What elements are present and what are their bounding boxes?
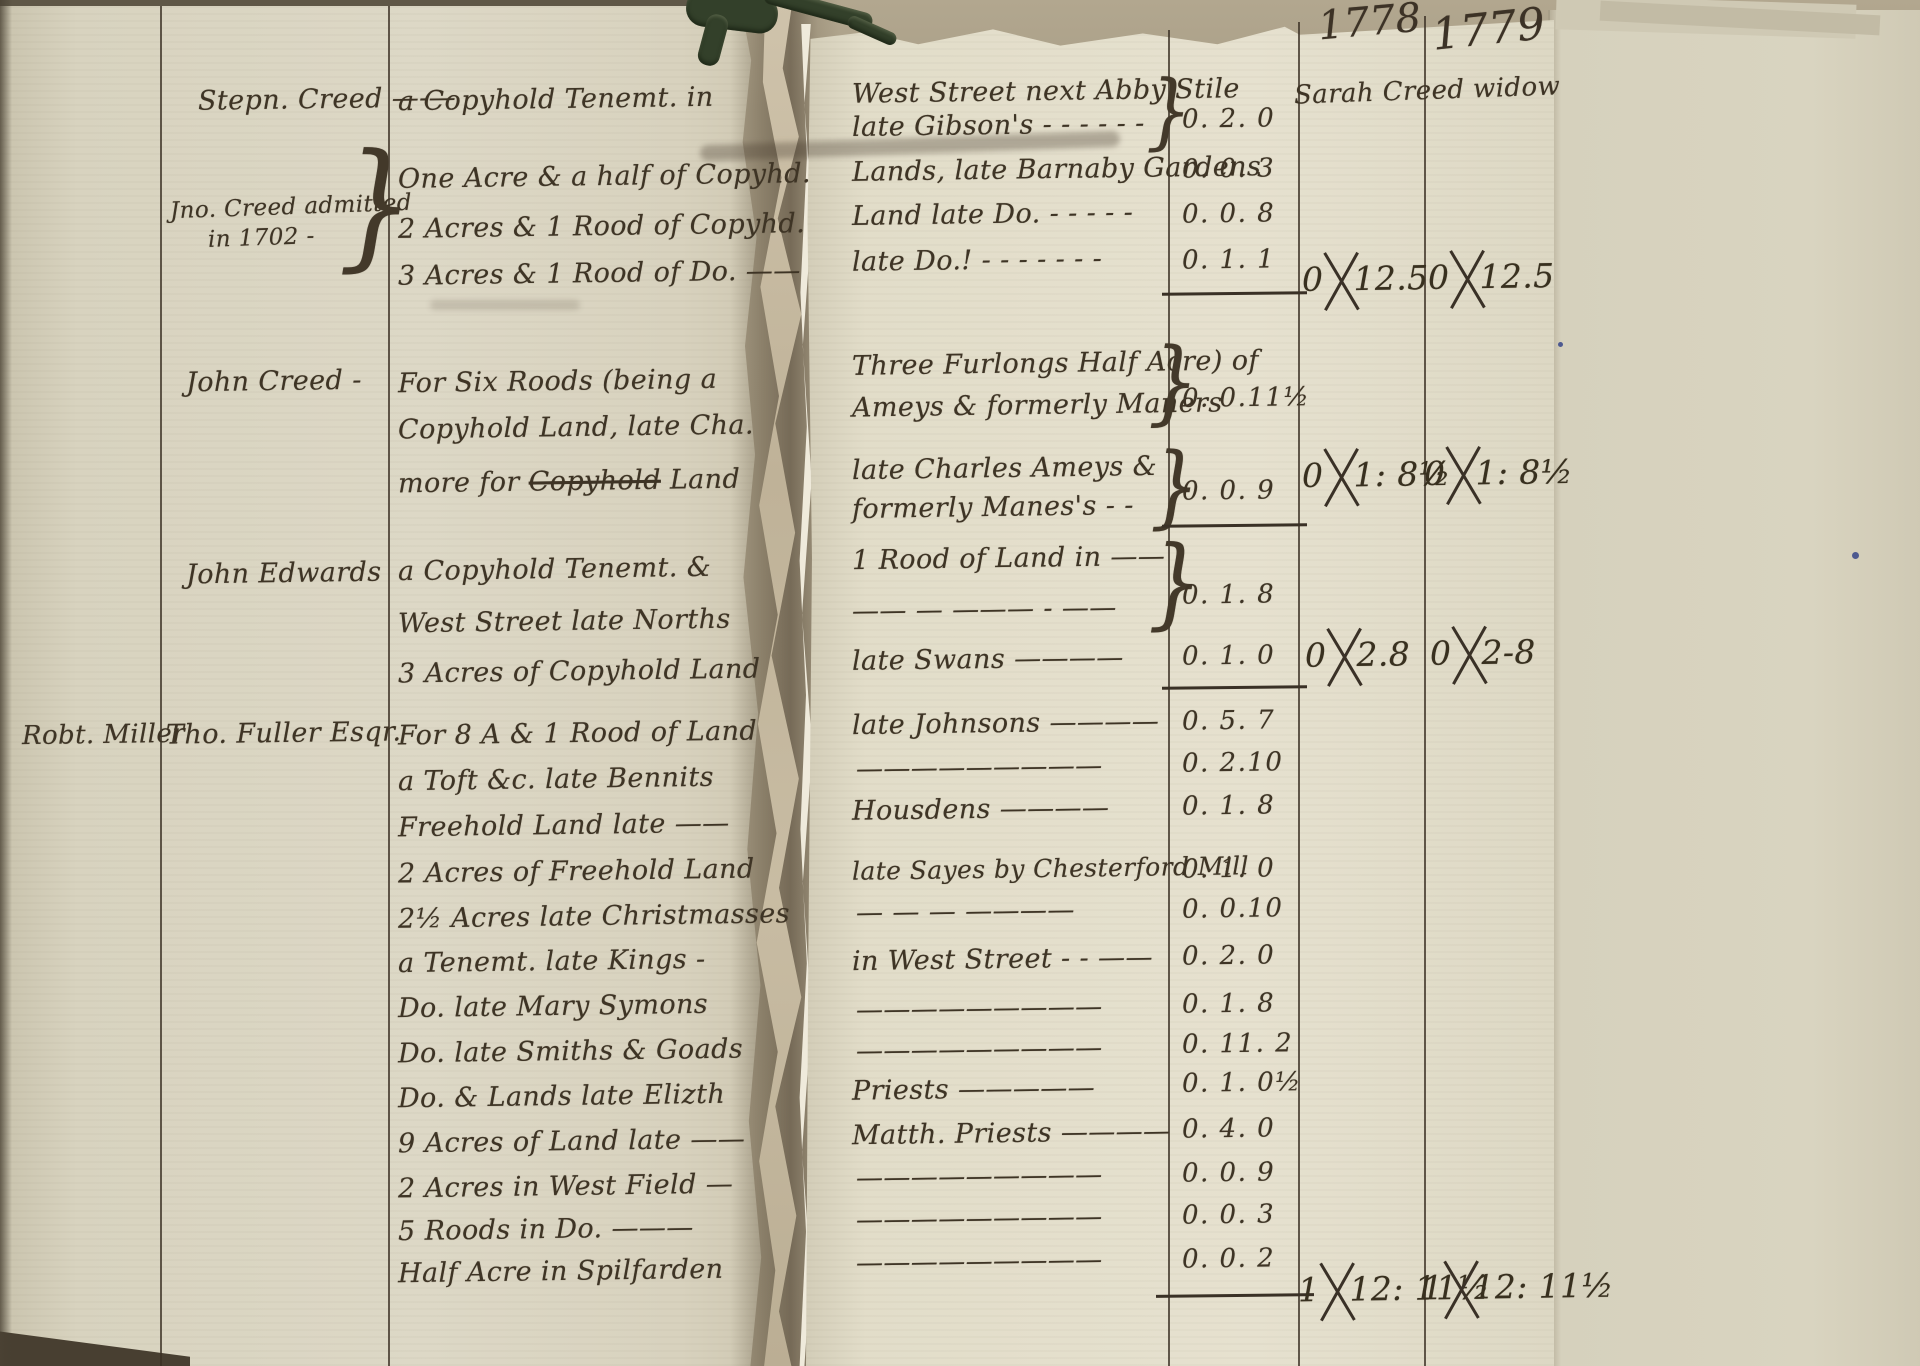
total-pre: 0 — [1305, 638, 1327, 671]
entry-label: late Swans ———— — [852, 644, 1124, 675]
entry-amount: 0. 11. 2 — [1182, 1030, 1294, 1058]
holding-desc: a Toft &c. late Bennits — [398, 764, 714, 795]
total-post: 2-8 — [1481, 635, 1536, 669]
holding-desc: West Street late Norths — [398, 606, 731, 638]
holding-desc: 3 Acres of Copyhold Land — [398, 655, 761, 687]
entry-amount: 0. 1. 8 — [1182, 990, 1276, 1017]
holding-desc: 2 Acres & 1 Rood of Copyhd. — [398, 210, 805, 243]
holding-desc: For Six Roods (being a — [398, 366, 717, 397]
entry-label: —— — ——— - —— — [852, 594, 1117, 625]
entry-label: — — — ———— — [856, 896, 1075, 926]
total-1779: 01: 8½ — [1424, 455, 1573, 490]
entry-amount: 0. 1. 0 — [1182, 855, 1276, 882]
ink-dot — [1558, 342, 1563, 347]
total-post: 12.5 — [1479, 259, 1555, 293]
ink-smudge — [430, 300, 580, 310]
struck-word: Copyhold — [528, 465, 661, 498]
total-1779: 112: 11½ — [1422, 1269, 1614, 1305]
entry-label: late Charles Ameys & — [852, 453, 1157, 484]
column-rule — [1168, 30, 1170, 1366]
holding-desc: 9 Acres of Land late —— — [398, 1126, 746, 1158]
column-rule — [160, 6, 162, 1366]
entry-amount: 0. 0. 3 — [1182, 155, 1276, 182]
entry-amount: 0. 1. 8 — [1182, 792, 1276, 819]
total-pre: 1 — [1298, 1273, 1320, 1306]
entry-label: Matth. Priests ———— — [852, 1118, 1171, 1149]
entry-label: ————————— — [856, 1203, 1103, 1233]
grouping-brace: } — [338, 137, 415, 275]
entry-amount: 0. 0.10 — [1182, 895, 1284, 922]
entry-amount: 0. 1. 8 — [1182, 581, 1276, 608]
tenant-name: Tho. Fuller Esqr. — [166, 718, 402, 748]
holding-desc: Do. & Lands late Elizth — [398, 1081, 725, 1113]
entry-amount: 0. 0. 9 — [1182, 477, 1276, 504]
total-pre: 0 — [1428, 261, 1450, 294]
holding-desc: 2 Acres of Freehold Land — [398, 856, 755, 888]
entry-label: in West Street - - —— — [852, 944, 1153, 975]
entry-label: ————————— — [856, 752, 1103, 782]
entry-amount: 0. 0. 2 — [1182, 1245, 1276, 1272]
entry-amount: 0. 1. 0½ — [1182, 1069, 1302, 1097]
book-left-edge — [0, 0, 12, 1366]
entry-amount: 0. 0.11½ — [1182, 384, 1311, 412]
entry-amount: 0. 4. 0 — [1182, 1115, 1276, 1142]
total-pre: 0 — [1302, 263, 1324, 296]
holding-desc: One Acre & a half of Copyhd. — [398, 160, 811, 193]
tenant-name: in 1702 - — [208, 225, 315, 252]
holding-desc: Copyhold Land, late Cha. — [398, 412, 754, 444]
holding-desc: Half Acre in Spilfarden — [398, 1256, 724, 1288]
holding-desc: Do. late Mary Symons — [398, 991, 708, 1022]
total-pre: 0 — [1424, 457, 1446, 490]
desc-part: more for — [398, 467, 529, 500]
ink-dot — [1852, 552, 1859, 559]
total-pre: 1 — [1422, 1271, 1444, 1304]
entry-amount: 0. 1. 1 — [1182, 246, 1276, 273]
entry-label: late Gibson's - - - - - - — [852, 110, 1145, 141]
total-1779: 012.5 — [1428, 259, 1555, 294]
holding-desc: 2 Acres in West Field — — [398, 1171, 734, 1203]
tenant-name: John Edwards — [186, 559, 382, 589]
entry-label: 1 Rood of Land in —— — [852, 543, 1166, 574]
total-pre: 0 — [1430, 636, 1452, 669]
year-header-1779: 1779 — [1430, 2, 1548, 58]
year-header-1778: 1778 — [1316, 0, 1422, 46]
holding-desc: 2½ Acres late Christmasses — [398, 900, 790, 932]
grouping-brace: } — [1148, 336, 1199, 428]
entry-label: late Do.! - - - - - - - — [852, 245, 1103, 275]
holding-desc: Freehold Land late —— — [398, 810, 730, 842]
column-rule — [1424, 16, 1426, 1366]
entry-amount: 0. 0. 3 — [1182, 1201, 1276, 1228]
entry-amount: 0. 0. 9 — [1182, 1159, 1276, 1186]
entry-amount: 0. 2. 0 — [1182, 942, 1276, 969]
entry-label: ————————— — [856, 993, 1103, 1023]
entry-label: ————————— — [856, 1161, 1103, 1191]
entry-label: late Johnsons ———— — [852, 708, 1159, 739]
total-post: 1: 8½ — [1475, 455, 1573, 489]
entry-amount: 0. 1. 0 — [1182, 642, 1276, 669]
holding-desc: a Copyhold Tenemt. & — [398, 554, 712, 585]
holding-desc: For 8 A & 1 Rood of Land — [398, 717, 757, 749]
entry-label: Priests ————— — [852, 1074, 1095, 1104]
underlying-page — [1548, 10, 1920, 1366]
entry-label: Land late Do. - - - - - — [852, 199, 1134, 230]
entry-label: formerly Manes's - - — [852, 492, 1134, 523]
entry-label: Housdens ———— — [852, 794, 1110, 825]
entry-amount: 0. 5. 7 — [1182, 707, 1276, 734]
total-1779: 02-8 — [1430, 635, 1536, 669]
total-pre: 0 — [1302, 459, 1324, 492]
total-post: 12.5 — [1353, 261, 1429, 295]
holding-desc: 5 Roods in Do. ——— — [398, 1214, 694, 1245]
entry-amount: 0. 2. 0 — [1182, 105, 1276, 132]
total-1778: 02.8 — [1305, 637, 1411, 671]
total-post: 2.8 — [1356, 637, 1410, 671]
holding-desc: a Copyhold Tenemt. in — [398, 84, 714, 115]
holding-desc-struck: more for Copyhold Land — [398, 466, 741, 498]
holding-desc: a Tenemt. late Kings - — [398, 946, 706, 977]
column-rule — [1298, 22, 1300, 1366]
tenant-name: John Creed - — [186, 367, 362, 396]
holding-desc: Do. late Smiths & Goads — [398, 1036, 743, 1068]
holding-desc: 3 Acres & 1 Rood of Do. —— — [398, 257, 801, 290]
total-post: 12: 11½ — [1473, 1269, 1614, 1304]
desc-part: Land — [661, 464, 741, 496]
total-1778: 012.5 — [1302, 261, 1429, 296]
margin-name: Robt. Miller — [22, 721, 185, 749]
entry-amount: 0. 0. 8 — [1182, 200, 1276, 227]
entry-label: ————————— — [856, 1246, 1103, 1276]
entry-label: ————————— — [856, 1034, 1103, 1064]
entry-amount: 0. 2.10 — [1182, 749, 1284, 776]
manuscript-photo: 1778 1779 Sarah Creed widow Robt. Miller… — [0, 0, 1920, 1366]
